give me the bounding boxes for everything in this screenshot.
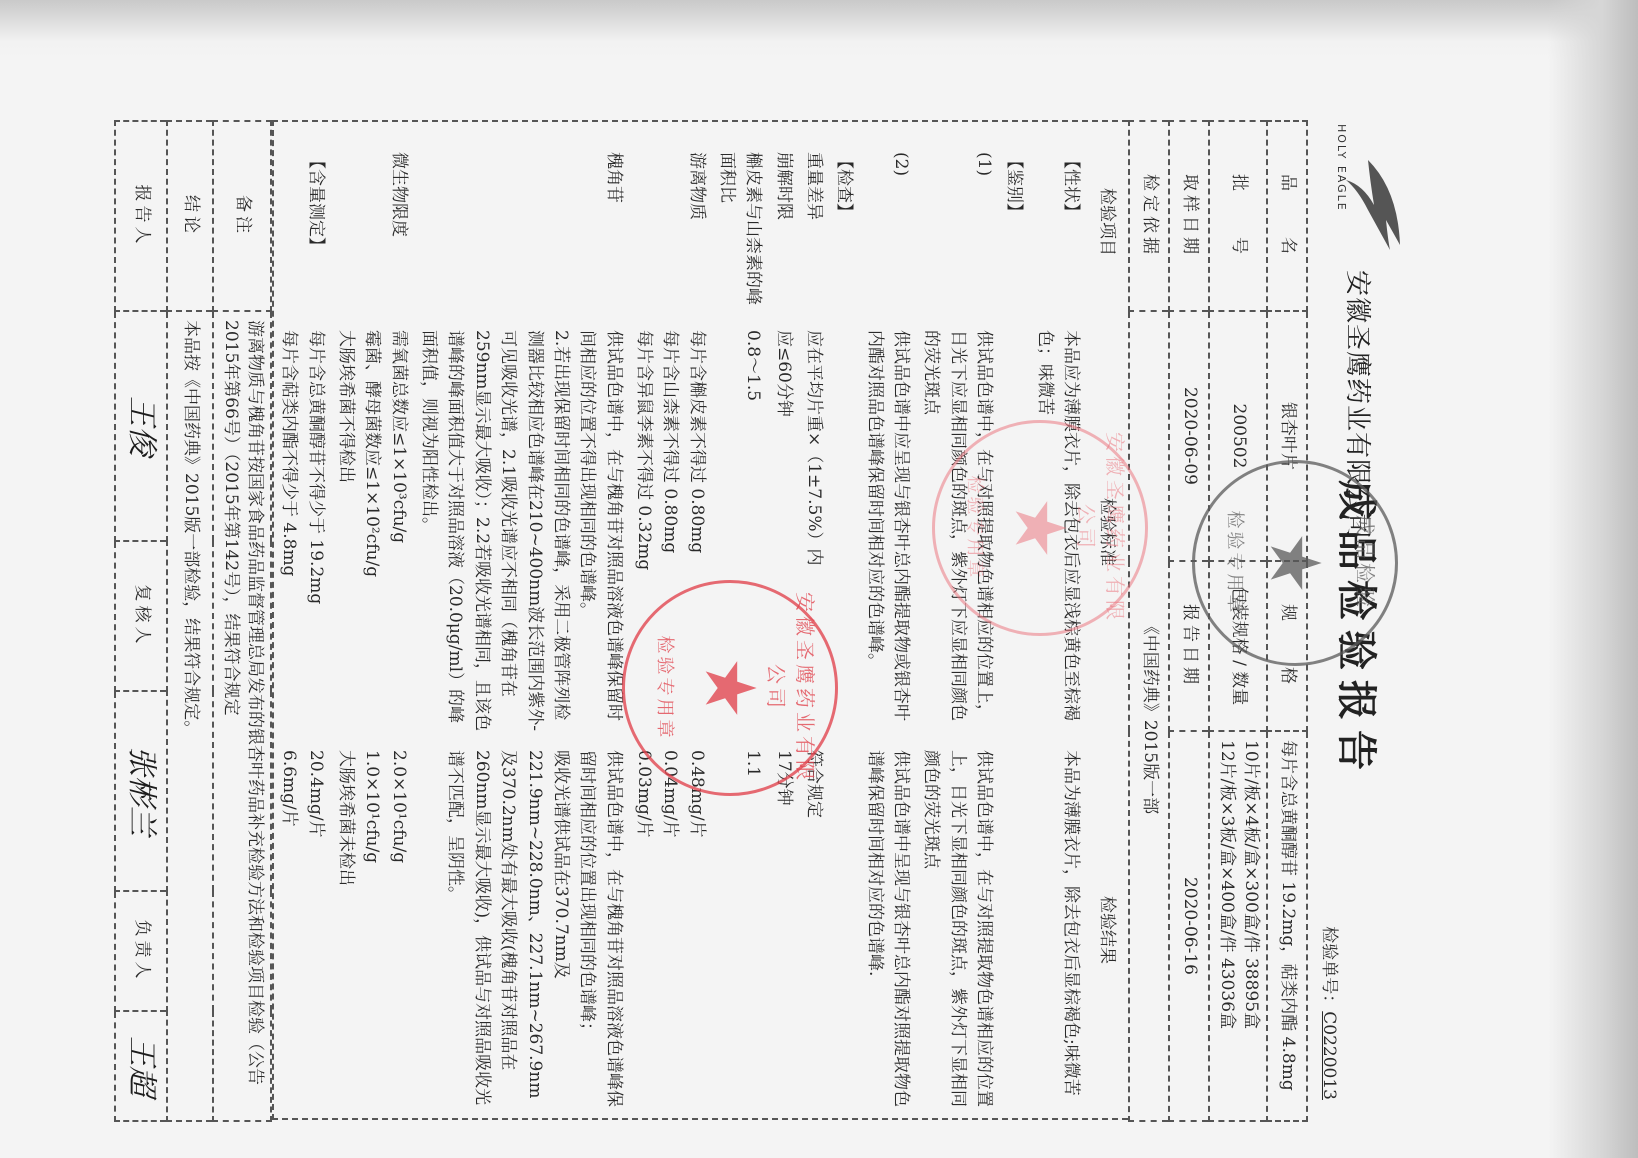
report-header: HOLY EAGLE 安徽圣鹰药业有限公司 成品检验报告 检验单号：C02200… [1308, 120, 1418, 1130]
column-headers: 检验项目 检验标准 检验结果 [1086, 122, 1128, 1118]
column-header-result: 检验结果 [1086, 742, 1128, 1118]
test-result: 17分钟 [768, 742, 798, 1118]
basis-label: 检定依据 [1129, 121, 1169, 311]
remark-value: 游离物质与槐角苷按国家食品药品监督管理总局发布的银杏叶药品补充检验方法和检验项目… [214, 311, 272, 1121]
test-row: 【含量测定】每片含总黄酮醇苷不得少于 19.2mg 每片含萜类内酯不得少于 4.… [274, 122, 331, 1118]
test-standard: 每片含槲皮素不得过 0.80mg 每片含山柰素不得过 0.80mg 每片含异鼠李… [629, 322, 712, 742]
report-number-label: 检验单号： [1319, 926, 1339, 1011]
test-standard: 应在平均片重×（1±7.5%）内 [799, 322, 829, 742]
reporter-signature: 王俊 [116, 311, 168, 541]
batch-value: 200502 [1209, 311, 1267, 561]
conclusion-label: 结论 [168, 121, 214, 311]
test-result: 2.0×10¹cfu/g 1.0×10¹cfu/g 大肠埃希菌未检出 [331, 742, 414, 1118]
test-item: 游离物质 [681, 122, 711, 322]
reporter-label: 报告人 [116, 121, 168, 311]
info-table: 品 名 银杏叶片 规 格 每片含总黄酮醇苷 19.2mg，萜类内酯 4.8mg … [1128, 120, 1308, 1122]
conclusion-value: 本品按《中国药典》2015版一部检验，结果符合规定。 [168, 311, 214, 1121]
remark-label: 备注 [214, 121, 272, 311]
test-result: 供试品色谱中，在与对照提取物色谱相应的位置上，日光下显相同颜色的斑点，紫外灯下显… [916, 742, 999, 1118]
test-row: 槲皮素与山柰素的峰面积比0.8～1.51.1 [712, 122, 769, 1118]
test-row: 【检查】 [829, 122, 859, 1118]
test-item: 崩解时限 [768, 122, 798, 322]
test-row: 槐角苷供试品色谱中，在与槐角苷对照品溶液色谱峰保留时间相应的位置不得出现相同的色… [414, 122, 629, 1118]
test-result: 符合规定 [799, 742, 829, 1118]
test-item: 槐角苷 [598, 122, 628, 322]
test-item: 重量差异 [799, 122, 829, 322]
test-result: 20.4mg/片 6.6mg/片 [274, 742, 331, 1118]
test-item: 微生物限度 [383, 122, 413, 322]
test-result: 1.1 [738, 742, 768, 1118]
package-line: 12片/板×3板/盒×400盒/件 43036盒 [1214, 740, 1238, 1112]
test-standard: 本品应为薄膜衣片，除去包衣后应显浅棕黄色至棕褐色；味微苦 [1029, 322, 1086, 742]
test-result: 供试品色谱中呈现与银杏叶总内酯对照提取物色谱峰保留时间相对应的色谱峰. [859, 742, 916, 1118]
test-item: (2) [886, 122, 916, 322]
spec-label: 规 格 [1267, 561, 1307, 731]
test-standard [855, 322, 859, 742]
test-standard: 应≤60分钟 [768, 322, 798, 742]
logo-text: HOLY EAGLE [1335, 124, 1348, 212]
test-item: 【鉴别】 [999, 122, 1029, 322]
test-standard: 0.8～1.5 [738, 322, 768, 742]
package-value: 10片/板×4板/盒×300盒/件 38895盒 12片/板×3板/盒×400盒… [1209, 731, 1267, 1121]
responsible-label: 负责人 [116, 891, 168, 1011]
report-date: 2020-06-16 [1169, 731, 1209, 1121]
column-header-standard: 检验标准 [1086, 322, 1128, 742]
eagle-logo-icon [1342, 150, 1408, 260]
scan-edge [1548, 0, 1638, 1158]
test-row: 【鉴别】 [999, 122, 1029, 1118]
test-item: 【检查】 [829, 122, 859, 322]
test-item: 【含量测定】 [300, 122, 330, 322]
test-result: 0.48mg/片 0.04mg/片 0.03mg/片 [629, 742, 712, 1118]
report-date-label: 报告日期 [1169, 561, 1209, 731]
package-line: 10片/板×4板/盒×300盒/件 38895盒 [1238, 740, 1262, 1112]
report-title: 成品检验报告 [1331, 420, 1388, 840]
batch-label: 批 号 [1209, 121, 1267, 311]
test-standard [1025, 322, 1029, 742]
test-row: (2)供试品色谱中应呈现与银杏叶总内酯提取物或银杏叶内酯对照品色谱峰保留时间相对… [859, 122, 916, 1118]
test-standard: 供试品色谱中，在与对照提取物色谱相应的位置上，日光下应显相同颜色的斑点，紫外灯下… [916, 322, 999, 742]
package-label: 包装规格 / 数量 [1209, 561, 1267, 731]
test-result [1025, 742, 1029, 1118]
column-header-item: 检验项目 [1086, 122, 1128, 322]
test-row: (1)供试品色谱中，在与对照提取物色谱相应的位置上，日光下应显相同颜色的斑点，紫… [916, 122, 999, 1118]
sampling-date-label: 取样日期 [1169, 121, 1209, 311]
product-name-label: 品 名 [1267, 121, 1307, 311]
test-standard: 每片含总黄酮醇苷不得少于 19.2mg 每片含萜类内酯不得少于 4.8mg [274, 322, 331, 742]
test-row: 游离物质每片含槲皮素不得过 0.80mg 每片含山柰素不得过 0.80mg 每片… [629, 122, 712, 1118]
test-item: (1) [969, 122, 999, 322]
test-standard: 需氧菌总数应≤1×10³cfu/g 霉菌、酵母菌数应≤1×10²cfu/g 大肠… [331, 322, 414, 742]
test-row: 微生物限度需氧菌总数应≤1×10³cfu/g 霉菌、酵母菌数应≤1×10²cfu… [331, 122, 414, 1118]
report-number: 检验单号：C0220013 [1319, 926, 1344, 1100]
basis-value: 《中国药典》2015版一部 [1129, 311, 1169, 1121]
test-result [855, 742, 859, 1118]
test-items-section: 检验项目 检验标准 检验结果 【性状】本品应为薄膜衣片，除去包衣后应显浅棕黄色至… [272, 120, 1128, 1120]
reviewer-signature: 张彬兰 [116, 691, 168, 891]
responsible-signature: 王超 [116, 1011, 168, 1121]
test-result: 供试品色谱中，在与槐角苷对照品溶液色谱峰保留时间相应的位置出现相同的色谱峰； 吸… [440, 742, 628, 1118]
spec-value: 每片含总黄酮醇苷 19.2mg，萜类内酯 4.8mg [1267, 731, 1307, 1121]
test-row: 【性状】本品应为薄膜衣片，除去包衣后应显浅棕黄色至棕褐色；味微苦本品为薄膜衣片，… [1029, 122, 1086, 1118]
sampling-date: 2020-06-09 [1169, 311, 1209, 561]
test-standard: 供试品色谱中应呈现与银杏叶总内酯提取物或银杏叶内酯对照品色谱峰保留时间相对应的色… [859, 322, 916, 742]
report-footer: 备注 游离物质与槐角苷按国家食品药品监督管理总局发布的银杏叶药品补充检验方法和检… [115, 120, 273, 1130]
test-rows: 【性状】本品应为薄膜衣片，除去包衣后应显浅棕黄色至棕褐色；味微苦本品为薄膜衣片，… [274, 122, 1086, 1118]
test-item: 槲皮素与山柰素的峰面积比 [712, 122, 769, 322]
inspection-report: HOLY EAGLE 安徽圣鹰药业有限公司 成品检验报告 检验单号：C02200… [218, 120, 1418, 1130]
test-row: 重量差异应在平均片重×（1±7.5%）内符合规定 [799, 122, 829, 1118]
report-number-value: C0220013 [1319, 1011, 1339, 1100]
test-row: 崩解时限应≤60分钟17分钟 [768, 122, 798, 1118]
test-standard: 供试品色谱中，在与槐角苷对照品溶液色谱峰保留时间相应的位置不得出现相同的色谱峰。… [414, 322, 629, 742]
scan-shadow [0, 0, 1638, 60]
reviewer-label: 复核人 [116, 541, 168, 691]
test-item: 【性状】 [1056, 122, 1086, 322]
test-result: 本品为薄膜衣片，除去包衣后显棕褐色;味微苦 [1056, 742, 1086, 1118]
product-name: 银杏叶片 [1267, 311, 1307, 561]
